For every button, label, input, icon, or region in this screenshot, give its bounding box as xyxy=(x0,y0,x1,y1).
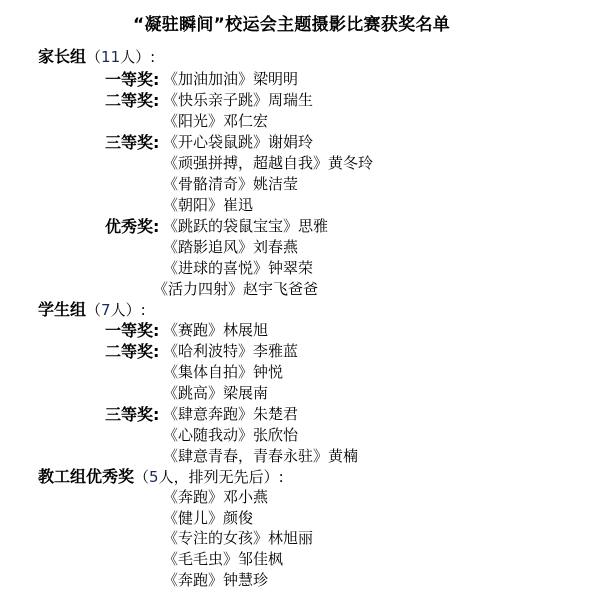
award-entry: 《踏影追风》刘春燕 xyxy=(163,237,298,258)
award-level-third: 三等奖: xyxy=(105,404,159,425)
award-entry: 《朝阳》崔迅 xyxy=(163,195,253,216)
award-row: 《骨骼清奇》姚洁莹 xyxy=(0,174,590,195)
award-entry: 《活力四射》赵宇飞爸爸 xyxy=(153,279,318,300)
award-entry: 《加油加油》梁明明 xyxy=(163,69,298,90)
award-row: 《顽强拼搏，超越自我》黄冬玲 xyxy=(0,153,590,174)
award-entry: 《毛毛虫》邹佳枫 xyxy=(163,549,283,570)
award-entry: 《专注的女孩》林旭丽 xyxy=(163,528,313,549)
award-row: 《跳高》梁展南 xyxy=(0,383,590,404)
award-level-merit: 优秀奖: xyxy=(105,216,159,237)
group-heading-parents: 家长组（11人）: xyxy=(38,46,155,67)
group-count-close: 人）: xyxy=(111,301,146,319)
group-count-close: 人，排列无先后）: xyxy=(159,468,284,486)
award-entry: 《肆意青春，青春永驻》黄楠 xyxy=(163,446,358,467)
award-entry: 《开心袋鼠跳》谢娟玲 xyxy=(163,132,313,153)
document-title: “凝驻瞬间”校运会主题摄影比赛获奖名单 xyxy=(133,10,503,35)
award-level-first: 一等奖: xyxy=(105,69,159,90)
award-entry: 《快乐亲子跳》周瑞生 xyxy=(163,90,313,111)
award-entry: 《阳光》邓仁宏 xyxy=(163,111,268,132)
award-entry: 《心随我动》张欣怡 xyxy=(163,425,298,446)
award-entry: 《哈利波特》李雅蓝 xyxy=(163,341,298,362)
group-count: 7 xyxy=(101,301,111,319)
award-row: 《健儿》颜俊 xyxy=(0,508,590,529)
award-entry: 《集体自拍》钟悦 xyxy=(163,362,283,383)
award-entry: 《跳高》梁展南 xyxy=(163,383,268,404)
group-name: 教工组优秀奖 xyxy=(38,467,134,486)
award-row: 《心随我动》张欣怡 xyxy=(0,425,590,446)
award-row: 《奔跑》邓小燕 xyxy=(0,487,590,508)
award-row: 三等奖: 《开心袋鼠跳》谢娟玲 xyxy=(0,132,590,153)
group-count-open: （ xyxy=(134,468,149,486)
group-count-open: （ xyxy=(86,48,101,66)
group-heading-staff: 教工组优秀奖（5人，排列无先后）: xyxy=(38,466,284,487)
award-entry: 《肆意奔跑》朱楚君 xyxy=(163,404,298,425)
award-entry: 《进球的喜悦》钟翠荣 xyxy=(163,258,313,279)
award-row: 《朝阳》崔迅 xyxy=(0,195,590,216)
award-row: 二等奖: 《哈利波特》李雅蓝 xyxy=(0,341,590,362)
award-entry: 《骨骼清奇》姚洁莹 xyxy=(163,174,298,195)
award-row: 《阳光》邓仁宏 xyxy=(0,111,590,132)
award-row: 三等奖: 《肆意奔跑》朱楚君 xyxy=(0,404,590,425)
award-entry: 《跳跃的袋鼠宝宝》思雅 xyxy=(163,216,328,237)
group-count: 11 xyxy=(101,48,120,66)
award-row: 一等奖: 《赛跑》林展旭 xyxy=(0,320,590,341)
award-row: 优秀奖: 《跳跃的袋鼠宝宝》思雅 xyxy=(0,216,590,237)
award-level-second: 二等奖: xyxy=(105,90,159,111)
award-entry: 《奔跑》邓小燕 xyxy=(163,487,268,508)
group-count-open: （ xyxy=(86,301,101,319)
award-entry: 《赛跑》林展旭 xyxy=(163,320,268,341)
award-row: 《活力四射》赵宇飞爸爸 xyxy=(0,279,590,300)
award-level-third: 三等奖: xyxy=(105,132,159,153)
award-row: 一等奖: 《加油加油》梁明明 xyxy=(0,69,590,90)
award-row: 《奔跑》钟慧珍 xyxy=(0,570,590,591)
award-row: 《专注的女孩》林旭丽 xyxy=(0,528,590,549)
award-row: 《集体自拍》钟悦 xyxy=(0,362,590,383)
group-count-close: 人）: xyxy=(120,48,155,66)
group-count: 5 xyxy=(149,468,159,486)
award-level-first: 一等奖: xyxy=(105,320,159,341)
award-entry: 《顽强拼搏，超越自我》黄冬玲 xyxy=(163,153,373,174)
group-heading-students: 学生组（7人）: xyxy=(38,299,146,320)
award-entry: 《健儿》颜俊 xyxy=(163,508,253,529)
award-row: 《进球的喜悦》钟翠荣 xyxy=(0,258,590,279)
award-row: 二等奖: 《快乐亲子跳》周瑞生 xyxy=(0,90,590,111)
group-name: 家长组 xyxy=(38,47,86,66)
award-level-second: 二等奖: xyxy=(105,341,159,362)
award-entry: 《奔跑》钟慧珍 xyxy=(163,570,268,591)
award-row: 《踏影追风》刘春燕 xyxy=(0,237,590,258)
group-name: 学生组 xyxy=(38,300,86,319)
award-row: 《肆意青春，青春永驻》黄楠 xyxy=(0,446,590,467)
award-row: 《毛毛虫》邹佳枫 xyxy=(0,549,590,570)
